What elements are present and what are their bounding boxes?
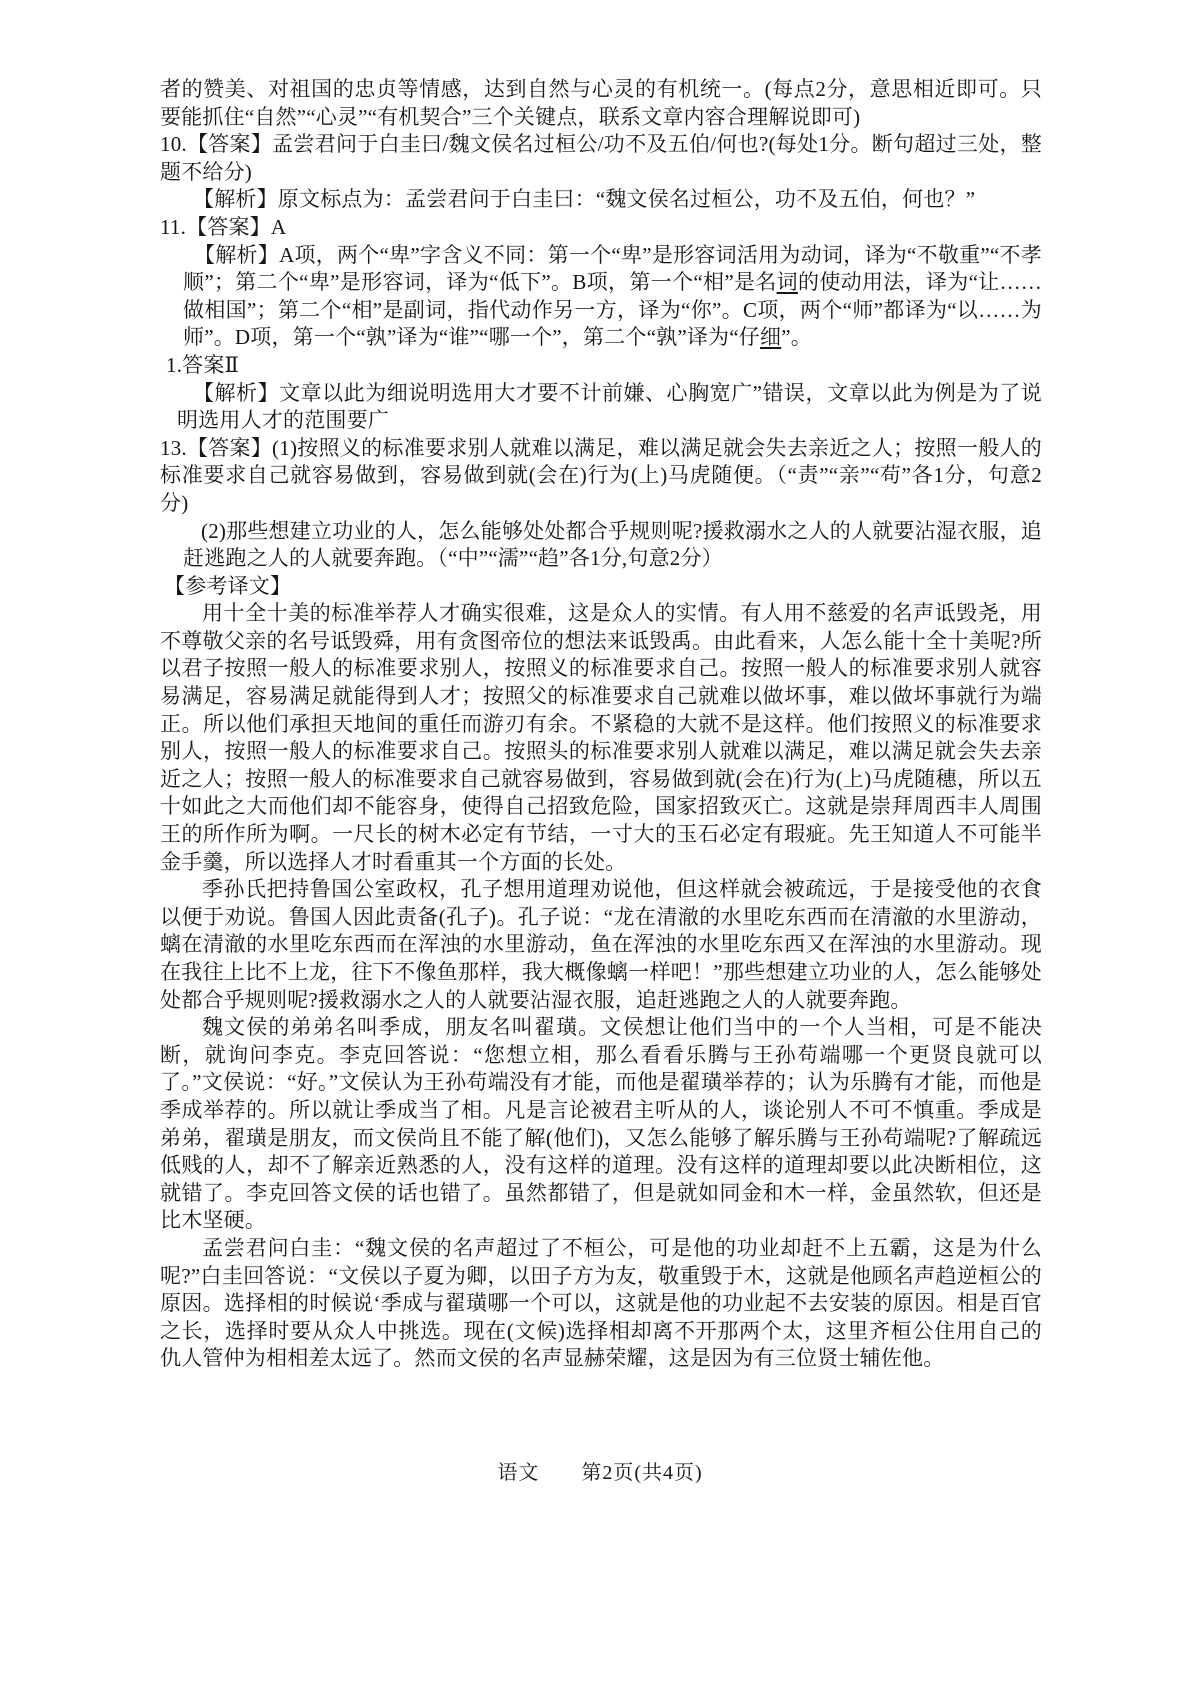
question12-answer: 1.答案Ⅱ <box>160 352 1042 380</box>
page-footer: 语文 第2页(共4页) <box>0 1456 1200 1485</box>
question11-answer: 11.【答案】A <box>160 214 1042 242</box>
question10-answer: 10.【答案】孟尝君问于白圭曰/魏文侯名过桓公/功不及五伯/何也?(每处1分。断… <box>160 131 1042 186</box>
question9-answer-continuation: 者的赞美、对祖国的忠贞等情感，达到自然与心灵的有机统一。(每点2分，意思相近即可… <box>160 76 1042 131</box>
reference-translation-heading: 【参考译文】 <box>160 573 1042 601</box>
scanned-answer-sheet-page: 者的赞美、对祖国的忠贞等情感，达到自然与心灵的有机统一。(每点2分，意思相近即可… <box>0 0 1200 1699</box>
reference-translation-paragraph-3: 魏文侯的弟弟名叫季成，朋友名叫翟璜。文侯想让他们当中的一个人当相，可是不能决断，… <box>160 1014 1042 1235</box>
answer-key-content: 者的赞美、对祖国的忠贞等情感，达到自然与心灵的有机统一。(每点2分，意思相近即可… <box>160 76 1042 1373</box>
question12-analysis: 【解析】文章以此为细说明选用大才要不计前嫌、心胸宽广”错误，文章以此为例是为了说… <box>160 380 1042 435</box>
question13-answer-part1: 13.【答案】(1)按照义的标准要求别人就难以满足，难以满足就会失去亲近之人；按… <box>160 435 1042 518</box>
reference-translation-paragraph-2: 季孙氏把持鲁国公室政权，孔子想用道理劝说他，但这样就会被疏远，于是接受他的衣食以… <box>160 876 1042 1014</box>
reference-translation-paragraph-4: 孟尝君问白圭：“魏文侯的名声超过了不桓公，可是他的功业却赶不上五霸，这是为什么呢… <box>160 1235 1042 1373</box>
question11-analysis: 【解析】A项，两个“卑”字含义不同：第一个“卑”是形容词活用为动词，译为“不敬重… <box>160 242 1042 352</box>
question13-answer-part2: (2)那些想建立功业的人，怎么能够处处都合乎规则呢?援救溺水之人的人就要沾湿衣服… <box>160 518 1042 573</box>
question10-analysis: 【解析】原文标点为：孟尝君问于白圭曰：“魏文侯名过桓公，功不及五伯，何也？” <box>160 186 1042 214</box>
reference-translation-paragraph-1: 用十全十美的标准举荐人才确实很难，这是众人的实情。有人用不慈爱的名声诋毁尧，用不… <box>160 600 1042 876</box>
